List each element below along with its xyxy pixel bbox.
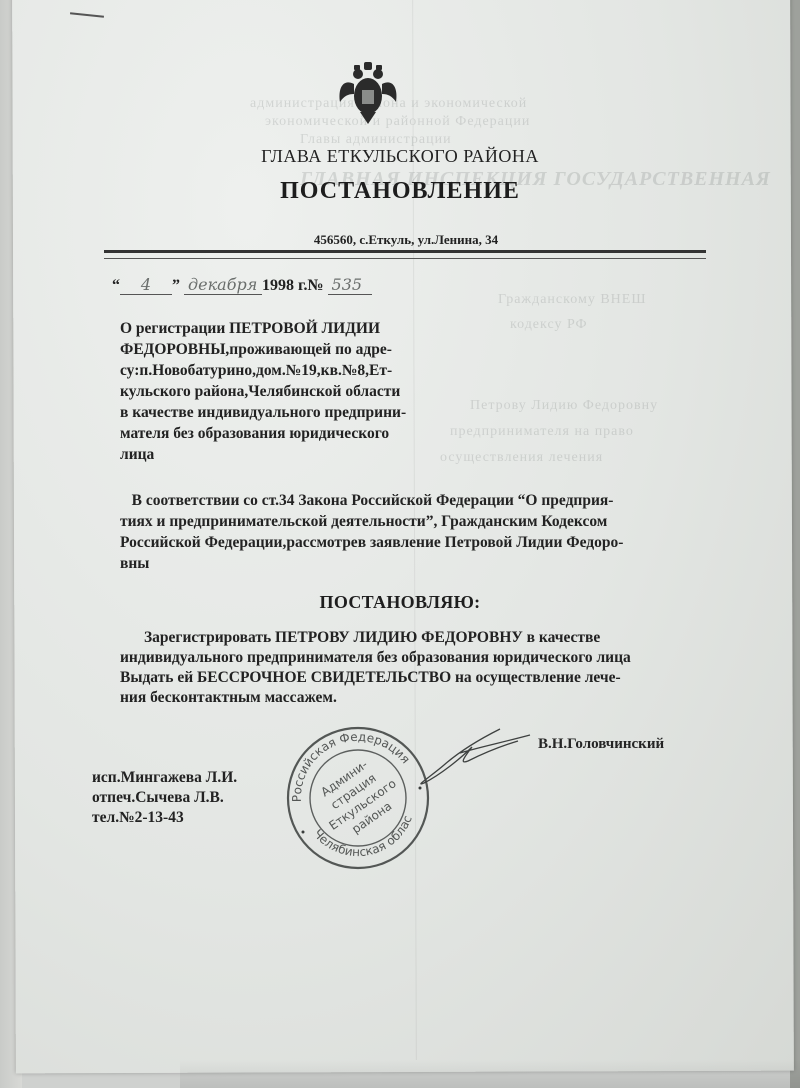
- subject-line: в качестве индивидуального предприни-: [120, 402, 440, 423]
- handwritten-decree-number: 535: [328, 275, 372, 295]
- quote-open: “: [112, 277, 120, 294]
- resolution-body: Зарегистрировать ПЕТРОВУ ЛИДИЮ ФЕДОРОВНУ…: [120, 628, 710, 708]
- resolution-line: Зарегистрировать ПЕТРОВУ ЛИДИЮ ФЕДОРОВНУ…: [120, 628, 710, 648]
- bleed-through-text: Петрову Лидию Федоровну: [470, 398, 658, 414]
- decree-date-number: “4” декабря1998 г.№ 535: [112, 275, 372, 295]
- preamble-line: В соответствии со ст.34 Закона Российско…: [120, 490, 710, 511]
- issuing-authority: ГЛАВА ЕТКУЛЬСКОГО РАЙОНА: [0, 146, 800, 167]
- bleed-through-text: предпринимателя на право: [450, 424, 634, 440]
- signatory-name: В.Н.Головчинский: [538, 736, 664, 753]
- header-divider: [104, 250, 706, 259]
- preamble-line: Российской Федерации,рассмотрев заявлени…: [120, 532, 710, 553]
- handwritten-month: декабря: [184, 275, 262, 295]
- subject-line: лица: [120, 444, 440, 465]
- decree-subject: О регистрации ПЕТРОВОЙ ЛИДИИ ФЕДОРОВНЫ,п…: [120, 318, 440, 465]
- contact-phone: тел.№2-13-43: [92, 808, 237, 828]
- bleed-through-text: Гражданскому ВНЕШ: [498, 292, 646, 308]
- quote-close: ”: [172, 277, 180, 294]
- double-headed-eagle-emblem-icon: [334, 60, 402, 126]
- resolution-heading: ПОСТАНОВЛЯЮ:: [0, 592, 800, 613]
- photo-shadow: [180, 1060, 800, 1088]
- resolution-line: индивидуального предпринимателя без обра…: [120, 648, 710, 668]
- handwritten-day: 4: [120, 275, 172, 295]
- subject-line: мателя без образования юридического: [120, 423, 440, 444]
- executor-name: исп.Мингажева Л.И.: [92, 768, 237, 788]
- subject-line: ФЕДОРОВНЫ,проживающей по адре-: [120, 339, 440, 360]
- bleed-through-text: кодексу РФ: [510, 317, 588, 333]
- handwritten-signature: [400, 725, 550, 795]
- document-type-title: ПОСТАНОВЛЕНИЕ: [0, 178, 800, 205]
- preamble-line: тиях и предпринимательской деятельности”…: [120, 511, 710, 532]
- preamble-paragraph: В соответствии со ст.34 Закона Российско…: [120, 490, 710, 574]
- preamble-line: вны: [120, 553, 710, 574]
- subject-line: О регистрации ПЕТРОВОЙ ЛИДИИ: [120, 318, 440, 339]
- document-footer: исп.Мингажева Л.И. отпеч.Сычева Л.В. тел…: [92, 768, 237, 828]
- year-and-number-label: 1998 г.№: [262, 277, 324, 294]
- resolution-line: Выдать ей БЕССРОЧНОЕ СВИДЕТЕЛЬСТВО на ос…: [120, 668, 710, 688]
- bleed-through-text: осуществления лечения: [440, 450, 603, 466]
- subject-line: су:п.Новобатурино,дом.№19,кв.№8,Ет-: [120, 360, 440, 381]
- resolution-line: ния бесконтактным массажем.: [120, 688, 710, 708]
- authority-address: 456560, с.Еткуль, ул.Ленина, 34: [0, 232, 800, 248]
- subject-line: кульского района,Челябинской области: [120, 381, 440, 402]
- typist-name: отпеч.Сычева Л.В.: [92, 788, 237, 808]
